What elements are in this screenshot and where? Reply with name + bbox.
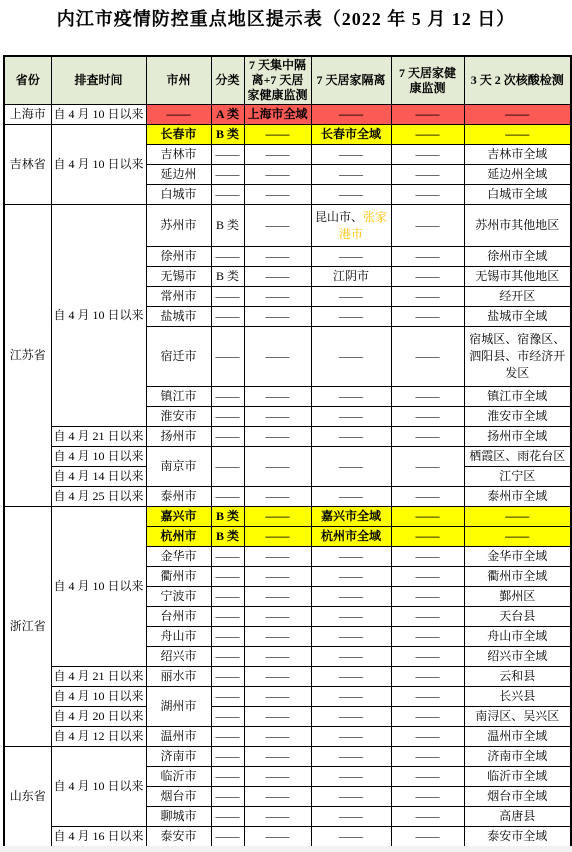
city-cell: 温州市 <box>146 727 211 747</box>
screening-time-cell: 自 4 月 16 日以来 <box>51 827 146 848</box>
home-quarantine-cell: 嘉兴市全域 <box>311 507 391 527</box>
centralized-plus-home-cell: —— <box>244 407 311 427</box>
city-cell: 济南市 <box>146 747 211 767</box>
category-cell: —— <box>211 447 244 487</box>
screening-time-cell: 自 4 月 10 日以来 <box>51 447 146 467</box>
table-row: 山东省自 4 月 10 日以来济南市————————济南市全域 <box>4 747 571 767</box>
home-health-monitoring-cell: —— <box>391 267 464 287</box>
home-quarantine-cell: —— <box>311 327 391 387</box>
nucleic-acid-test-cell: —— <box>464 527 571 547</box>
screening-time-cell: 自 4 月 25 日以来 <box>51 487 146 507</box>
nucleic-acid-test-cell: 鄞州区 <box>464 587 571 607</box>
screening-time-cell: 自 4 月 14 日以来 <box>51 467 146 487</box>
centralized-plus-home-cell: —— <box>244 767 311 787</box>
category-cell: —— <box>211 767 244 787</box>
screening-time-cell: 自 4 月 10 日以来 <box>51 747 146 827</box>
city-cell: 杭州市 <box>146 527 211 547</box>
category-cell: —— <box>211 627 244 647</box>
nucleic-acid-test-cell: 栖霞区、雨花台区 <box>464 447 571 467</box>
category-cell: —— <box>211 707 244 727</box>
home-health-monitoring-cell: —— <box>391 807 464 827</box>
home-quarantine-cell: —— <box>311 747 391 767</box>
category-cell: A 类 <box>211 105 244 125</box>
city-cell: 延边州 <box>146 165 211 185</box>
home-health-monitoring-cell: —— <box>391 707 464 727</box>
home-quarantine-cell: —— <box>311 307 391 327</box>
category-cell: —— <box>211 807 244 827</box>
nucleic-acid-test-cell: 烟台市全域 <box>464 787 571 807</box>
city-cell: 白城市 <box>146 185 211 205</box>
nucleic-acid-test-cell: 舟山市全域 <box>464 627 571 647</box>
screening-time-cell: 自 4 月 10 日以来 <box>51 205 146 427</box>
home-health-monitoring-cell: —— <box>391 387 464 407</box>
home-health-monitoring-cell: —— <box>391 105 464 125</box>
city-cell: 泰州市 <box>146 487 211 507</box>
centralized-plus-home-cell: —— <box>244 647 311 667</box>
nucleic-acid-test-cell: 金华市全域 <box>464 547 571 567</box>
header-home-health-monitoring: 7 天居家健康监测 <box>391 56 464 105</box>
centralized-plus-home-cell: —— <box>244 327 311 387</box>
home-health-monitoring-cell: —— <box>391 567 464 587</box>
category-cell: —— <box>211 247 244 267</box>
province-cell: 吉林省 <box>4 125 51 205</box>
screening-time-cell: 自 4 月 10 日以来 <box>51 125 146 205</box>
city-cell: 绍兴市 <box>146 647 211 667</box>
centralized-plus-home-cell: —— <box>244 727 311 747</box>
home-quarantine-cell: —— <box>311 807 391 827</box>
screening-time-cell: 自 4 月 20 日以来 <box>51 707 146 727</box>
table-row: 自 4 月 21 日以来扬州市————————扬州市全域 <box>4 427 571 447</box>
home-quarantine-cell: —— <box>311 567 391 587</box>
city-cell: 常州市 <box>146 287 211 307</box>
page: 内江市疫情防控重点地区提示表（2022 年 5 月 12 日） 省份 排查时间 … <box>0 6 572 848</box>
home-health-monitoring-cell: —— <box>391 687 464 707</box>
centralized-plus-home-cell: —— <box>244 145 311 165</box>
category-cell: B 类 <box>211 507 244 527</box>
category-cell: —— <box>211 387 244 407</box>
nucleic-acid-test-cell: 盐城市全域 <box>464 307 571 327</box>
nucleic-acid-test-cell: 无锡市其他地区 <box>464 267 571 287</box>
centralized-plus-home-cell: —— <box>244 687 311 707</box>
home-quarantine-cell: —— <box>311 647 391 667</box>
category-cell: B 类 <box>211 527 244 547</box>
home-health-monitoring-cell: —— <box>391 185 464 205</box>
city-cell: 丽水市 <box>146 667 211 687</box>
home-quarantine-cell: —— <box>311 105 391 125</box>
epidemic-notice-table: 省份 排查时间 市州 分类 7 天集中隔离+7 天居家健康监测 7 天居家隔离 … <box>3 55 572 848</box>
nucleic-acid-test-cell: 镇江市全域 <box>464 387 571 407</box>
centralized-plus-home-cell: —— <box>244 267 311 287</box>
rich-text-part: 昆山市、 <box>315 210 363 224</box>
centralized-plus-home-cell: —— <box>244 667 311 687</box>
home-quarantine-cell: —— <box>311 185 391 205</box>
centralized-plus-home-cell: —— <box>244 807 311 827</box>
nucleic-acid-test-cell: —— <box>464 507 571 527</box>
home-quarantine-cell: —— <box>311 447 391 487</box>
header-home-quarantine: 7 天居家隔离 <box>311 56 391 105</box>
city-cell: 镇江市 <box>146 387 211 407</box>
home-quarantine-cell: —— <box>311 145 391 165</box>
city-cell: 泰安市 <box>146 827 211 848</box>
home-health-monitoring-cell: —— <box>391 487 464 507</box>
centralized-plus-home-cell: —— <box>244 487 311 507</box>
city-cell: 扬州市 <box>146 427 211 447</box>
city-cell: 舟山市 <box>146 627 211 647</box>
screening-time-cell: 自 4 月 10 日以来 <box>51 507 146 667</box>
nucleic-acid-test-cell: 宿城区、宿豫区、泗阳县、市经济开发区 <box>464 327 571 387</box>
nucleic-acid-test-cell: 绍兴市全域 <box>464 647 571 667</box>
table-row: 上海市自 4 月 10 日以来——A 类上海市全域—————— <box>4 105 571 125</box>
centralized-plus-home-cell: 上海市全域 <box>244 105 311 125</box>
home-health-monitoring-cell: —— <box>391 607 464 627</box>
home-quarantine-cell: —— <box>311 247 391 267</box>
home-quarantine-cell: —— <box>311 427 391 447</box>
category-cell: —— <box>211 787 244 807</box>
city-cell: 吉林市 <box>146 145 211 165</box>
centralized-plus-home-cell: —— <box>244 747 311 767</box>
centralized-plus-home-cell: —— <box>244 527 311 547</box>
city-cell: 长春市 <box>146 125 211 145</box>
nucleic-acid-test-cell: 高唐县 <box>464 807 571 827</box>
nucleic-acid-test-cell: 延边州全域 <box>464 165 571 185</box>
category-cell: —— <box>211 307 244 327</box>
home-quarantine-cell: —— <box>311 767 391 787</box>
city-cell: 聊城市 <box>146 807 211 827</box>
centralized-plus-home-cell: —— <box>244 707 311 727</box>
category-cell: —— <box>211 145 244 165</box>
category-cell: —— <box>211 165 244 185</box>
table-row: 自 4 月 10 日以来南京市————————栖霞区、雨花台区 <box>4 447 571 467</box>
centralized-plus-home-cell: —— <box>244 165 311 185</box>
province-cell: 山东省 <box>4 747 51 848</box>
centralized-plus-home-cell: —— <box>244 547 311 567</box>
home-health-monitoring-cell: —— <box>391 125 464 145</box>
centralized-plus-home-cell: —— <box>244 247 311 267</box>
home-quarantine-cell: —— <box>311 587 391 607</box>
nucleic-acid-test-cell: 衢州市全域 <box>464 567 571 587</box>
home-quarantine-cell: 长春市全域 <box>311 125 391 145</box>
home-health-monitoring-cell: —— <box>391 447 464 487</box>
nucleic-acid-test-cell: 淮安市全域 <box>464 407 571 427</box>
home-quarantine-cell: —— <box>311 165 391 185</box>
category-cell: —— <box>211 647 244 667</box>
home-quarantine-cell: —— <box>311 827 391 848</box>
table-row: 自 4 月 12 日以来温州市————————温州市全域 <box>4 727 571 747</box>
centralized-plus-home-cell: —— <box>244 125 311 145</box>
category-cell: —— <box>211 185 244 205</box>
home-health-monitoring-cell: —— <box>391 667 464 687</box>
home-quarantine-cell: —— <box>311 407 391 427</box>
home-quarantine-cell: 江阴市 <box>311 267 391 287</box>
header-row: 省份 排查时间 市州 分类 7 天集中隔离+7 天居家健康监测 7 天居家隔离 … <box>4 56 571 105</box>
category-cell: —— <box>211 287 244 307</box>
home-quarantine-cell: —— <box>311 727 391 747</box>
home-health-monitoring-cell: —— <box>391 427 464 447</box>
nucleic-acid-test-cell: 经开区 <box>464 287 571 307</box>
centralized-plus-home-cell: —— <box>244 447 311 487</box>
home-health-monitoring-cell: —— <box>391 287 464 307</box>
city-cell: 无锡市 <box>146 267 211 287</box>
province-cell: 浙江省 <box>4 507 51 747</box>
home-quarantine-cell: —— <box>311 287 391 307</box>
nucleic-acid-test-cell: —— <box>464 125 571 145</box>
nucleic-acid-test-cell: 温州市全域 <box>464 727 571 747</box>
home-quarantine-cell: —— <box>311 667 391 687</box>
city-cell: 嘉兴市 <box>146 507 211 527</box>
screening-time-cell: 自 4 月 21 日以来 <box>51 667 146 687</box>
nucleic-acid-test-cell: 天台县 <box>464 607 571 627</box>
nucleic-acid-test-cell: 白城市全域 <box>464 185 571 205</box>
nucleic-acid-test-cell: 扬州市全域 <box>464 427 571 447</box>
home-health-monitoring-cell: —— <box>391 587 464 607</box>
home-health-monitoring-cell: —— <box>391 507 464 527</box>
city-cell: 淮安市 <box>146 407 211 427</box>
home-health-monitoring-cell: —— <box>391 547 464 567</box>
header-centralized-plus-home: 7 天集中隔离+7 天居家健康监测 <box>244 56 311 105</box>
category-cell: —— <box>211 547 244 567</box>
header-province: 省份 <box>4 56 51 105</box>
category-cell: —— <box>211 567 244 587</box>
home-quarantine-cell: 杭州市全域 <box>311 527 391 547</box>
home-health-monitoring-cell: —— <box>391 727 464 747</box>
centralized-plus-home-cell: —— <box>244 427 311 447</box>
category-cell: —— <box>211 607 244 627</box>
nucleic-acid-test-cell: 济南市全域 <box>464 747 571 767</box>
home-health-monitoring-cell: —— <box>391 527 464 547</box>
table-row: 自 4 月 21 日以来丽水市————————云和县 <box>4 667 571 687</box>
city-cell: 湖州市 <box>146 687 211 727</box>
city-cell: 徐州市 <box>146 247 211 267</box>
category-cell: —— <box>211 427 244 447</box>
city-cell: 宿迁市 <box>146 327 211 387</box>
nucleic-acid-test-cell: 泰安市全域 <box>464 827 571 848</box>
nucleic-acid-test-cell: 徐州市全域 <box>464 247 571 267</box>
screening-time-cell: 自 4 月 12 日以来 <box>51 727 146 747</box>
category-cell: —— <box>211 727 244 747</box>
centralized-plus-home-cell: —— <box>244 827 311 848</box>
city-cell: 烟台市 <box>146 787 211 807</box>
centralized-plus-home-cell: —— <box>244 627 311 647</box>
category-cell: —— <box>211 587 244 607</box>
header-city: 市州 <box>146 56 211 105</box>
screening-time-cell: 自 4 月 10 日以来 <box>51 105 146 125</box>
home-health-monitoring-cell: —— <box>391 747 464 767</box>
home-quarantine-cell: —— <box>311 547 391 567</box>
category-cell: —— <box>211 487 244 507</box>
city-cell: —— <box>146 105 211 125</box>
nucleic-acid-test-cell: —— <box>464 105 571 125</box>
city-cell: 盐城市 <box>146 307 211 327</box>
category-cell: B 类 <box>211 205 244 247</box>
screening-time-cell: 自 4 月 10 日以来 <box>51 687 146 707</box>
home-quarantine-cell: 昆山市、张家港市 <box>311 205 391 247</box>
home-quarantine-cell: —— <box>311 387 391 407</box>
category-cell: —— <box>211 827 244 848</box>
category-cell: B 类 <box>211 267 244 287</box>
city-cell: 临沂市 <box>146 767 211 787</box>
category-cell: —— <box>211 407 244 427</box>
home-health-monitoring-cell: —— <box>391 827 464 848</box>
home-health-monitoring-cell: —— <box>391 627 464 647</box>
header-category: 分类 <box>211 56 244 105</box>
home-health-monitoring-cell: —— <box>391 145 464 165</box>
city-cell: 台州市 <box>146 607 211 627</box>
centralized-plus-home-cell: —— <box>244 587 311 607</box>
home-health-monitoring-cell: —— <box>391 647 464 667</box>
nucleic-acid-test-cell: 泰州市全域 <box>464 487 571 507</box>
category-cell: —— <box>211 747 244 767</box>
page-title: 内江市疫情防控重点地区提示表（2022 年 5 月 12 日） <box>0 6 572 32</box>
centralized-plus-home-cell: —— <box>244 387 311 407</box>
table-row: 自 4 月 16 日以来泰安市————————泰安市全域 <box>4 827 571 848</box>
home-quarantine-cell: —— <box>311 787 391 807</box>
table-row: 吉林省自 4 月 10 日以来长春市B 类——长春市全域———— <box>4 125 571 145</box>
home-health-monitoring-cell: —— <box>391 407 464 427</box>
nucleic-acid-test-cell: 云和县 <box>464 667 571 687</box>
table-row: 浙江省自 4 月 10 日以来嘉兴市B 类——嘉兴市全域———— <box>4 507 571 527</box>
centralized-plus-home-cell: —— <box>244 607 311 627</box>
home-quarantine-cell: —— <box>311 487 391 507</box>
city-cell: 金华市 <box>146 547 211 567</box>
nucleic-acid-test-cell: 苏州市其他地区 <box>464 205 571 247</box>
home-quarantine-cell: —— <box>311 627 391 647</box>
nucleic-acid-test-cell: 江宁区 <box>464 467 571 487</box>
category-cell: —— <box>211 667 244 687</box>
centralized-plus-home-cell: —— <box>244 205 311 247</box>
home-health-monitoring-cell: —— <box>391 787 464 807</box>
home-health-monitoring-cell: —— <box>391 205 464 247</box>
centralized-plus-home-cell: —— <box>244 307 311 327</box>
home-health-monitoring-cell: —— <box>391 247 464 267</box>
category-cell: B 类 <box>211 125 244 145</box>
nucleic-acid-test-cell: 临沂市全域 <box>464 767 571 787</box>
home-health-monitoring-cell: —— <box>391 165 464 185</box>
centralized-plus-home-cell: —— <box>244 787 311 807</box>
home-health-monitoring-cell: —— <box>391 307 464 327</box>
centralized-plus-home-cell: —— <box>244 507 311 527</box>
category-cell: —— <box>211 687 244 707</box>
home-health-monitoring-cell: —— <box>391 767 464 787</box>
table-row: 江苏省自 4 月 10 日以来苏州市B 类——昆山市、张家港市——苏州市其他地区 <box>4 205 571 247</box>
table-row: 自 4 月 10 日以来湖州市————————长兴县 <box>4 687 571 707</box>
screening-time-cell: 自 4 月 21 日以来 <box>51 427 146 447</box>
home-quarantine-cell: —— <box>311 687 391 707</box>
home-quarantine-cell: —— <box>311 607 391 627</box>
centralized-plus-home-cell: —— <box>244 287 311 307</box>
nucleic-acid-test-cell: 南浔区、吴兴区 <box>464 707 571 727</box>
centralized-plus-home-cell: —— <box>244 567 311 587</box>
city-cell: 衢州市 <box>146 567 211 587</box>
city-cell: 南京市 <box>146 447 211 487</box>
province-cell: 上海市 <box>4 105 51 125</box>
home-health-monitoring-cell: —— <box>391 327 464 387</box>
bottom-strip <box>0 846 572 852</box>
province-cell: 江苏省 <box>4 205 51 507</box>
home-quarantine-cell: —— <box>311 707 391 727</box>
nucleic-acid-test-cell: 长兴县 <box>464 687 571 707</box>
category-cell: —— <box>211 327 244 387</box>
centralized-plus-home-cell: —— <box>244 185 311 205</box>
city-cell: 苏州市 <box>146 205 211 247</box>
nucleic-acid-test-cell: 吉林市全域 <box>464 145 571 165</box>
table-row: 自 4 月 20 日以来————————南浔区、吴兴区 <box>4 707 571 727</box>
header-nucleic-acid-test: 3 天 2 次核酸检测 <box>464 56 571 105</box>
table-row: 自 4 月 25 日以来泰州市————————泰州市全域 <box>4 487 571 507</box>
city-cell: 宁波市 <box>146 587 211 607</box>
header-screening-time: 排查时间 <box>51 56 146 105</box>
